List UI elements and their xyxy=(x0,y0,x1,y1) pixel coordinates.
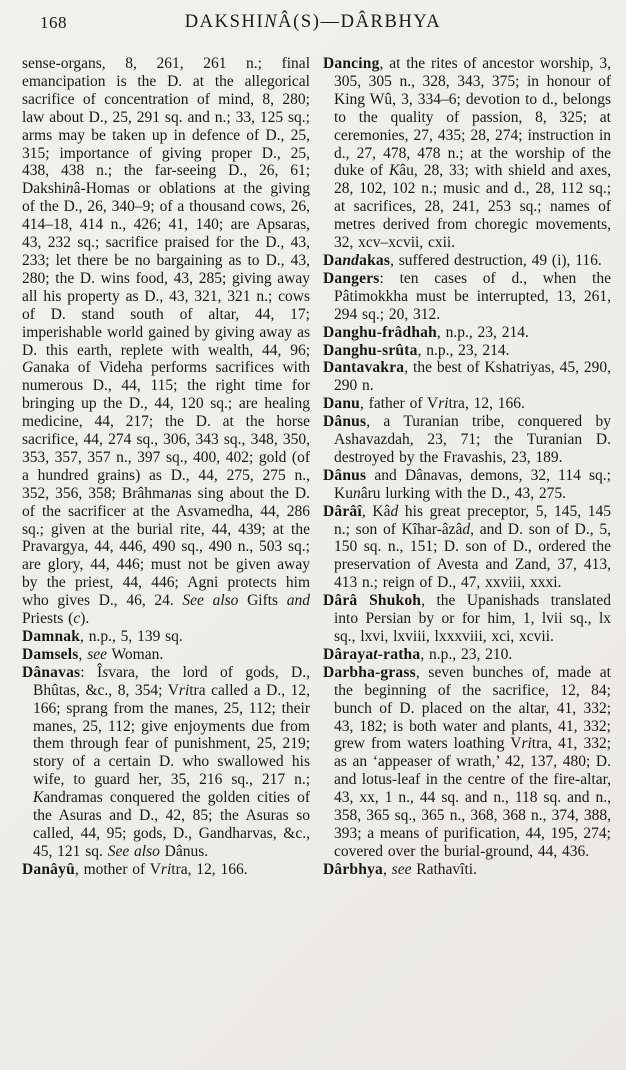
index-entry: Dârâ Shukoh, the Upanishads translated i… xyxy=(323,592,611,646)
right-column: Dancing, at the rites of ancestor worshi… xyxy=(323,55,611,879)
index-entry: Dancing, at the rites of ancestor worshi… xyxy=(323,55,611,252)
index-entry: Danghu-frâdhah, n.p., 23, 214. xyxy=(323,324,611,342)
index-entry: Danâyû, mother of Vritra, 12, 166. xyxy=(22,861,310,879)
page-header: 168 DAKSHINÂ(S)—DÂRBHYA xyxy=(0,12,626,42)
index-entry: Danu, father of Vritra, 12, 166. xyxy=(323,395,611,413)
index-entry: sense-organs, 8, 261, 261 n.; final eman… xyxy=(22,55,310,628)
index-entry: Dânavas: Îsvara, the lord of gods, D., B… xyxy=(22,664,310,861)
left-column: sense-organs, 8, 261, 261 n.; final eman… xyxy=(22,55,310,879)
index-entry: Dânus, a Turanian tribe, conquered by As… xyxy=(323,413,611,467)
index-entry: Damsels, see Woman. xyxy=(22,646,310,664)
index-entry: Dandakas, suffered destruction, 49 (i), … xyxy=(323,252,611,270)
index-entry: Dangers: ten cases of d., when the Pâtim… xyxy=(323,270,611,324)
page-number: 168 xyxy=(40,13,67,33)
index-columns: sense-organs, 8, 261, 261 n.; final eman… xyxy=(0,42,626,879)
index-entry: Damnak, n.p., 5, 139 sq. xyxy=(22,628,310,646)
index-entry: Dârbhya, see Rathavîti. xyxy=(323,861,611,879)
index-entry: Dârâî, Kâd his great preceptor, 5, 145, … xyxy=(323,503,611,593)
index-entry: Dârayat-ratha, n.p., 23, 210. xyxy=(323,646,611,664)
book-page: 168 DAKSHINÂ(S)—DÂRBHYA sense-organs, 8,… xyxy=(0,0,626,1070)
index-entry: Darbha-grass, seven bunches of, made at … xyxy=(323,664,611,861)
index-entry: Danghu-srûta, n.p., 23, 214. xyxy=(323,342,611,360)
index-entry: Dantavakra, the best of Kshatriyas, 45, … xyxy=(323,359,611,395)
page-title: DAKSHINÂ(S)—DÂRBHYA xyxy=(0,12,626,33)
index-entry: Dânus and Dânavas, demons, 32, 114 sq.; … xyxy=(323,467,611,503)
